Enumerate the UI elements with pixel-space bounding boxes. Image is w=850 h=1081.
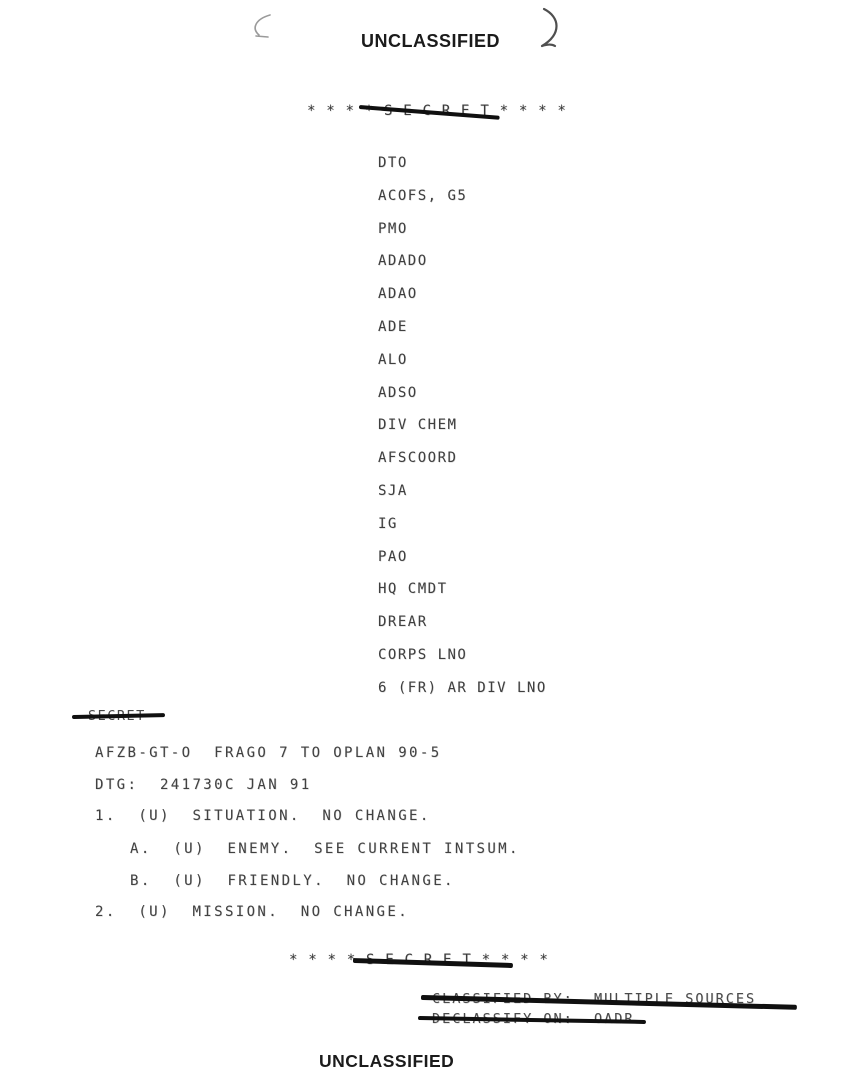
distribution-list-item: HQ CMDT [378,573,547,606]
distribution-list-item: ADE [378,311,547,344]
distribution-list-item: DTO [378,147,547,180]
scanned-document-page: UNCLASSIFIED * * * * S E C R E T * * * *… [0,0,850,1081]
dtg-line: DTG: 241730C JAN 91 [95,777,312,793]
distribution-list-item: ADADO [378,245,547,278]
distribution-list-item: ADSO [378,377,547,410]
distribution-list-item: ACOFS, G5 [378,180,547,213]
distribution-list-item: AFSCOORD [378,442,547,475]
distribution-list-item: PMO [378,213,547,246]
distribution-list-item: ALO [378,344,547,377]
pen-mark-right-icon [534,4,572,52]
footer-classification-stamp: UNCLASSIFIED [319,1051,454,1072]
pen-mark-left-icon [246,10,280,44]
distribution-list-item: DREAR [378,606,547,639]
distribution-list-item: 6 (FR) AR DIV LNO [378,672,547,705]
reference-line: AFZB-GT-O FRAGO 7 TO OPLAN 90-5 [95,745,442,761]
distribution-list-item: SJA [378,475,547,508]
distribution-list-item: DIV CHEM [378,409,547,442]
paragraph-enemy: A. (U) ENEMY. SEE CURRENT INTSUM. [130,841,520,857]
paragraph-friendly: B. (U) FRIENDLY. NO CHANGE. [130,873,455,889]
distribution-list-item: CORPS LNO [378,639,547,672]
distribution-list: DTO ACOFS, G5 PMO ADADO ADAO ADE ALO ADS… [378,147,547,705]
distribution-list-item: ADAO [378,278,547,311]
distribution-list-item: PAO [378,541,547,574]
distribution-list-item: IG [378,508,547,541]
paragraph-situation: 1. (U) SITUATION. NO CHANGE. [95,808,431,824]
paragraph-mission: 2. (U) MISSION. NO CHANGE. [95,904,409,920]
header-classification-stamp: UNCLASSIFIED [361,31,500,52]
